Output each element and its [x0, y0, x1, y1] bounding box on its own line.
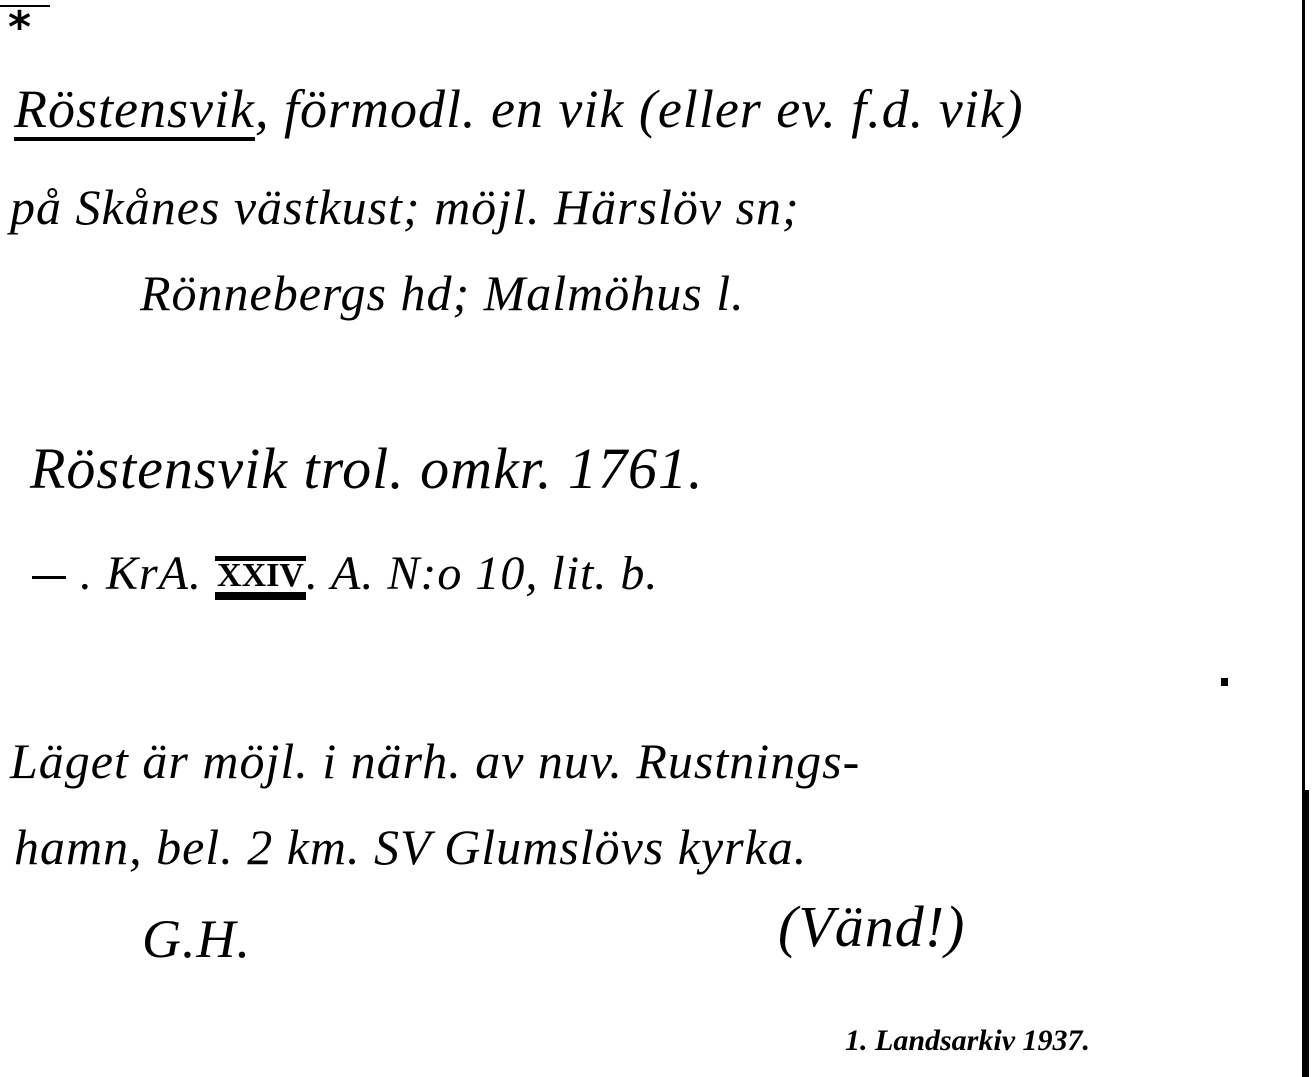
entry-description: , förmodl. en vik (eller ev. f.d. vik)	[255, 79, 1024, 139]
signature-date: 1. Landsarkiv 1937.	[845, 1024, 1090, 1058]
note-line-1: Läget är möjl. i närh. av nuv. Rustnings…	[10, 736, 860, 786]
asterisk-marker: *	[8, 6, 31, 50]
volume-numeral: XXIV	[215, 556, 306, 600]
initials: G.H.	[142, 912, 251, 966]
ditto-dash	[32, 576, 66, 579]
card-right-edge-shadow	[1303, 790, 1309, 1077]
entry-line-2: på Skånes västkust; möjl. Härslöv sn;	[10, 182, 800, 232]
archive-ref-detail: . A. N:o 10, lit. b.	[306, 547, 658, 600]
entry-line-3: Rönnebergs hd; Malmöhus l.	[140, 268, 745, 318]
headword: Röstensvik	[14, 79, 255, 139]
source-line-1: Röstensvik trol. omkr. 1761.	[30, 440, 703, 498]
turn-over-note: (Vänd!)	[778, 898, 965, 956]
ink-speck	[1221, 678, 1228, 686]
index-card: * Röstensvik, förmodl. en vik (eller ev.…	[0, 0, 1314, 1077]
entry-line-1: Röstensvik, förmodl. en vik (eller ev. f…	[14, 82, 1024, 136]
archive-ref: . KrA.	[80, 547, 202, 600]
note-line-2: hamn, bel. 2 km. SV Glumslövs kyrka.	[14, 822, 807, 872]
source-line-2: . KrA. XXIV. A. N:o 10, lit. b.	[32, 550, 658, 600]
